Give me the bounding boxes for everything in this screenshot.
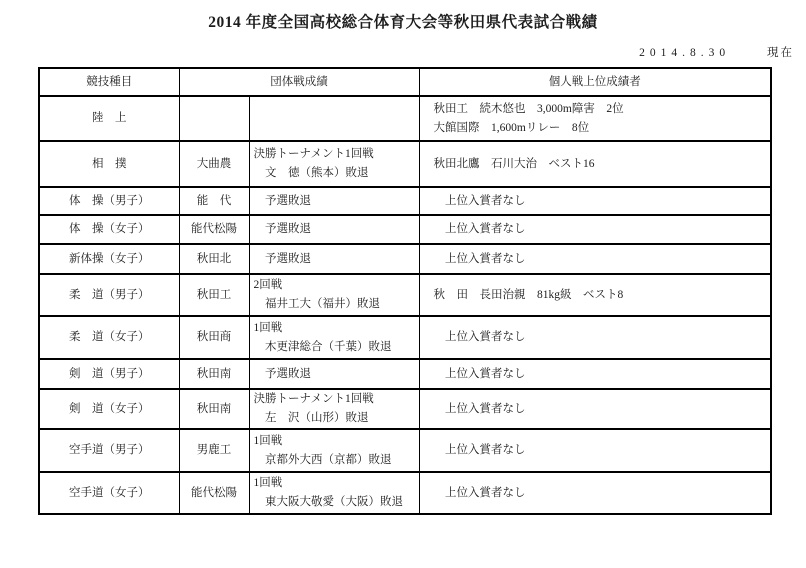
table-row: 相 撲 大曲農 決勝トーナメント1回戦 文 徳（熊本）敗退 秋田北鷹 石川大治 … bbox=[39, 141, 771, 187]
table-row: 空手道（男子） 男鹿工 1回戦 京都外大西（京都）敗退 上位入賞者なし bbox=[39, 429, 771, 472]
table-row: 柔 道（女子） 秋田商 1回戦 木更津総合（千葉）敗退 上位入賞者なし bbox=[39, 316, 771, 359]
cell-school: 能 代 bbox=[179, 187, 249, 215]
cell-sport: 相 撲 bbox=[39, 141, 179, 187]
cell-sport: 柔 道（女子） bbox=[39, 316, 179, 359]
cell-sport: 剣 道（男子） bbox=[39, 359, 179, 389]
cell-sport: 体 操（女子） bbox=[39, 215, 179, 244]
cell-sport: 空手道（女子） bbox=[39, 472, 179, 514]
cell-school: 秋田南 bbox=[179, 359, 249, 389]
cell-individual: 秋田工 続木悠也 3,000m障害 2位 大館国際 1,600mリレー 8位 bbox=[419, 96, 771, 141]
as-of-date: 2014.8.30 現在 bbox=[639, 44, 794, 60]
cell-team-result: 予選敗退 bbox=[249, 187, 419, 215]
table-row: 体 操（女子） 能代松陽 予選敗退 上位入賞者なし bbox=[39, 215, 771, 244]
cell-school: 男鹿工 bbox=[179, 429, 249, 472]
cell-individual: 上位入賞者なし bbox=[419, 359, 771, 389]
cell-individual: 上位入賞者なし bbox=[419, 389, 771, 429]
table-header-row: 競技種目 団体戦成績 個人戦上位成績者 bbox=[39, 68, 771, 96]
cell-individual: 上位入賞者なし bbox=[419, 187, 771, 215]
cell-sport: 剣 道（女子） bbox=[39, 389, 179, 429]
cell-sport: 体 操（男子） bbox=[39, 187, 179, 215]
cell-school bbox=[179, 96, 249, 141]
header-sport: 競技種目 bbox=[39, 68, 179, 96]
cell-team-result: 1回戦 京都外大西（京都）敗退 bbox=[249, 429, 419, 472]
cell-individual: 秋 田 長田治親 81kg級 ベスト8 bbox=[419, 274, 771, 316]
cell-sport: 柔 道（男子） bbox=[39, 274, 179, 316]
cell-team-result: 予選敗退 bbox=[249, 359, 419, 389]
page-title: 2014 年度全国高校総合体育大会等秋田県代表試合戦績 bbox=[0, 10, 806, 32]
cell-team-result: 予選敗退 bbox=[249, 215, 419, 244]
date-value: 2014.8.30 bbox=[639, 47, 730, 59]
table-row: 陸 上 秋田工 続木悠也 3,000m障害 2位 大館国際 1,600mリレー … bbox=[39, 96, 771, 141]
cell-team-result: 1回戦 木更津総合（千葉）敗退 bbox=[249, 316, 419, 359]
table-row: 柔 道（男子） 秋田工 2回戦 福井工大（福井）敗退 秋 田 長田治親 81kg… bbox=[39, 274, 771, 316]
cell-individual: 秋田北鷹 石川大治 ベスト16 bbox=[419, 141, 771, 187]
cell-sport: 空手道（男子） bbox=[39, 429, 179, 472]
header-individual-result: 個人戦上位成績者 bbox=[419, 68, 771, 96]
cell-sport: 陸 上 bbox=[39, 96, 179, 141]
header-team-result: 団体戦成績 bbox=[179, 68, 419, 96]
cell-team-result: 2回戦 福井工大（福井）敗退 bbox=[249, 274, 419, 316]
cell-individual: 上位入賞者なし bbox=[419, 244, 771, 274]
cell-team-result: 予選敗退 bbox=[249, 244, 419, 274]
cell-school: 能代松陽 bbox=[179, 472, 249, 514]
cell-team-result: 1回戦 東大阪大敬愛（大阪）敗退 bbox=[249, 472, 419, 514]
cell-school: 秋田工 bbox=[179, 274, 249, 316]
cell-school: 大曲農 bbox=[179, 141, 249, 187]
date-suffix: 現在 bbox=[767, 47, 794, 59]
cell-individual: 上位入賞者なし bbox=[419, 429, 771, 472]
table-row: 新体操（女子） 秋田北 予選敗退 上位入賞者なし bbox=[39, 244, 771, 274]
table-row: 体 操（男子） 能 代 予選敗退 上位入賞者なし bbox=[39, 187, 771, 215]
cell-individual: 上位入賞者なし bbox=[419, 472, 771, 514]
cell-school: 秋田商 bbox=[179, 316, 249, 359]
results-table: 競技種目 団体戦成績 個人戦上位成績者 陸 上 秋田工 続木悠也 3,000m障… bbox=[38, 67, 772, 515]
table-row: 剣 道（女子） 秋田南 決勝トーナメント1回戦 左 沢（山形）敗退 上位入賞者な… bbox=[39, 389, 771, 429]
cell-school: 秋田北 bbox=[179, 244, 249, 274]
cell-team-result: 決勝トーナメント1回戦 文 徳（熊本）敗退 bbox=[249, 141, 419, 187]
cell-individual: 上位入賞者なし bbox=[419, 215, 771, 244]
document-page: 2014 年度全国高校総合体育大会等秋田県代表試合戦績 2014.8.30 現在… bbox=[0, 0, 806, 568]
cell-school: 秋田南 bbox=[179, 389, 249, 429]
cell-sport: 新体操（女子） bbox=[39, 244, 179, 274]
cell-individual: 上位入賞者なし bbox=[419, 316, 771, 359]
cell-team-result bbox=[249, 96, 419, 141]
cell-team-result: 決勝トーナメント1回戦 左 沢（山形）敗退 bbox=[249, 389, 419, 429]
cell-school: 能代松陽 bbox=[179, 215, 249, 244]
table-row: 剣 道（男子） 秋田南 予選敗退 上位入賞者なし bbox=[39, 359, 771, 389]
table-row: 空手道（女子） 能代松陽 1回戦 東大阪大敬愛（大阪）敗退 上位入賞者なし bbox=[39, 472, 771, 514]
